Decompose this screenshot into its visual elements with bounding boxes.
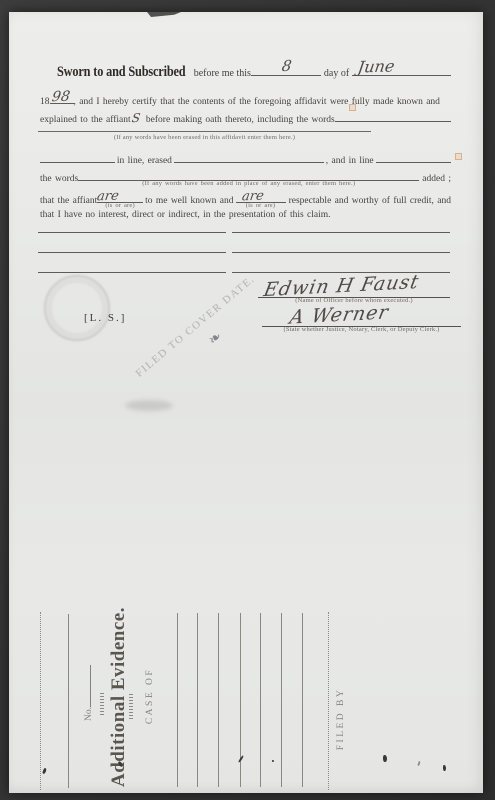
sworn-heading: Sworn to and Subscribed (57, 64, 185, 81)
year-blank: 98 (50, 92, 74, 104)
sworn-line: Sworn to and Subscribed before me this 8… (57, 64, 451, 81)
day-blank: 8 (251, 64, 321, 76)
no-interest-text: that I have no interest, direct or indir… (40, 210, 331, 220)
erased-caption: (If any words have been erased in this a… (38, 134, 371, 141)
and-in-line-text: , and in line (324, 156, 376, 166)
handwritten-month: June (357, 56, 396, 76)
scanned-affidavit-page: { "affidavit": { "sworn_heading": "Sworn… (0, 0, 495, 800)
explained-line: explained to the affiant S before making… (40, 110, 451, 125)
docket-dotted-rule-right (328, 612, 329, 790)
docket-case-of-label: CASE OF (145, 665, 157, 727)
ls-seal-mark: [L. S.] (84, 312, 126, 324)
docket-no-label: No. (84, 707, 94, 721)
erased-words-blank (174, 151, 324, 163)
is-are-blank-1: are (is or are) (97, 191, 143, 203)
scan-artifact (349, 104, 356, 111)
added-caption: (If any words have been added in place o… (78, 180, 419, 187)
docket-writing-line (302, 613, 303, 787)
docket-rule (68, 614, 69, 788)
document-paper: Sworn to and Subscribed before me this 8… (9, 12, 483, 793)
ink-speck (383, 755, 387, 762)
words-blank (335, 110, 451, 122)
in-line-erased-row: in line, erased , and in line (40, 151, 451, 166)
month-blank: June (352, 64, 451, 76)
ink-speck (272, 760, 274, 762)
docket-no-blank (81, 665, 91, 707)
handwritten-s: S (131, 111, 141, 125)
docket-writing-line (281, 613, 282, 787)
no-interest-row: that I have no interest, direct or indir… (40, 210, 451, 220)
docket-dotted-rule-left (40, 612, 41, 790)
docket-ornament-bar (100, 693, 104, 717)
is-or-are-caption-2: (is or are) (236, 202, 286, 209)
filed-to-cover-date-stamp: FILED TO COVER DATE. (138, 277, 254, 378)
added-text: added ; (419, 174, 451, 184)
docket-writing-line (218, 613, 219, 787)
handwritten-day: 8 (281, 57, 293, 75)
year-prefix: 18 (40, 97, 50, 107)
clerk-signature-line: A Werner (State whether Justice, Notary,… (262, 311, 461, 327)
ink-speck (238, 755, 244, 763)
line-number-blank-2 (376, 151, 451, 163)
the-words-row: the words (If any words have been added … (40, 169, 451, 184)
ink-speck (443, 765, 446, 771)
credit-rest-text: respectable and worthy of full credit, a… (286, 196, 451, 206)
rule-line (38, 252, 226, 253)
stamp-flourish-icon: ❧ (204, 327, 226, 350)
rule-line (232, 232, 450, 233)
is-are-blank-2: are (is or are) (236, 191, 286, 203)
embossed-notary-seal (44, 275, 110, 341)
paper-edge-notch (147, 12, 181, 17)
ink-speck (417, 761, 421, 766)
clerk-signature: A Werner (288, 301, 391, 328)
line-number-blank (40, 151, 115, 163)
affiant-pre-text: that the affiant (40, 196, 97, 206)
docket-writing-line (177, 613, 178, 787)
the-words-text: the words (40, 174, 78, 184)
added-words-blank: (If any words have been added in place o… (78, 169, 419, 181)
docket-no-field: No. (81, 659, 93, 727)
explained-pre-text: explained to the affiant (40, 115, 131, 125)
clerk-caption: (State whether Justice, Notary, Clerk, o… (262, 326, 461, 333)
docket-writing-line (197, 613, 198, 787)
docket-filed-by-label: FILED BY (336, 665, 348, 773)
scan-artifact (455, 153, 462, 160)
handwritten-year: 98 (50, 89, 70, 106)
ink-speck (42, 768, 47, 775)
before-me-text: before me this (194, 68, 251, 79)
in-line-erased-text: in line, erased (115, 156, 174, 166)
rule-line (232, 252, 450, 253)
certify-line: 18 98 , and I hereby certify that the co… (40, 92, 451, 107)
rule-line (38, 232, 226, 233)
certify-text: , and I hereby certify that the contents… (74, 97, 452, 107)
rule-line (38, 272, 226, 273)
docket-ornament-bar (129, 694, 133, 720)
day-of-text: day of (321, 68, 352, 79)
docket-writing-line (260, 613, 261, 787)
well-known-row: that the affiant are (is or are) to me w… (40, 191, 451, 206)
erased-entry-line (38, 131, 371, 132)
officer-signature-line: Edwin H Faust (Name of Officer before wh… (258, 282, 450, 298)
ink-smudge (125, 400, 173, 411)
explained-post-text: before making oath thereto, including th… (146, 115, 335, 125)
well-known-text: to me well known and (143, 196, 235, 206)
is-or-are-caption-1: (is or are) (97, 202, 143, 209)
